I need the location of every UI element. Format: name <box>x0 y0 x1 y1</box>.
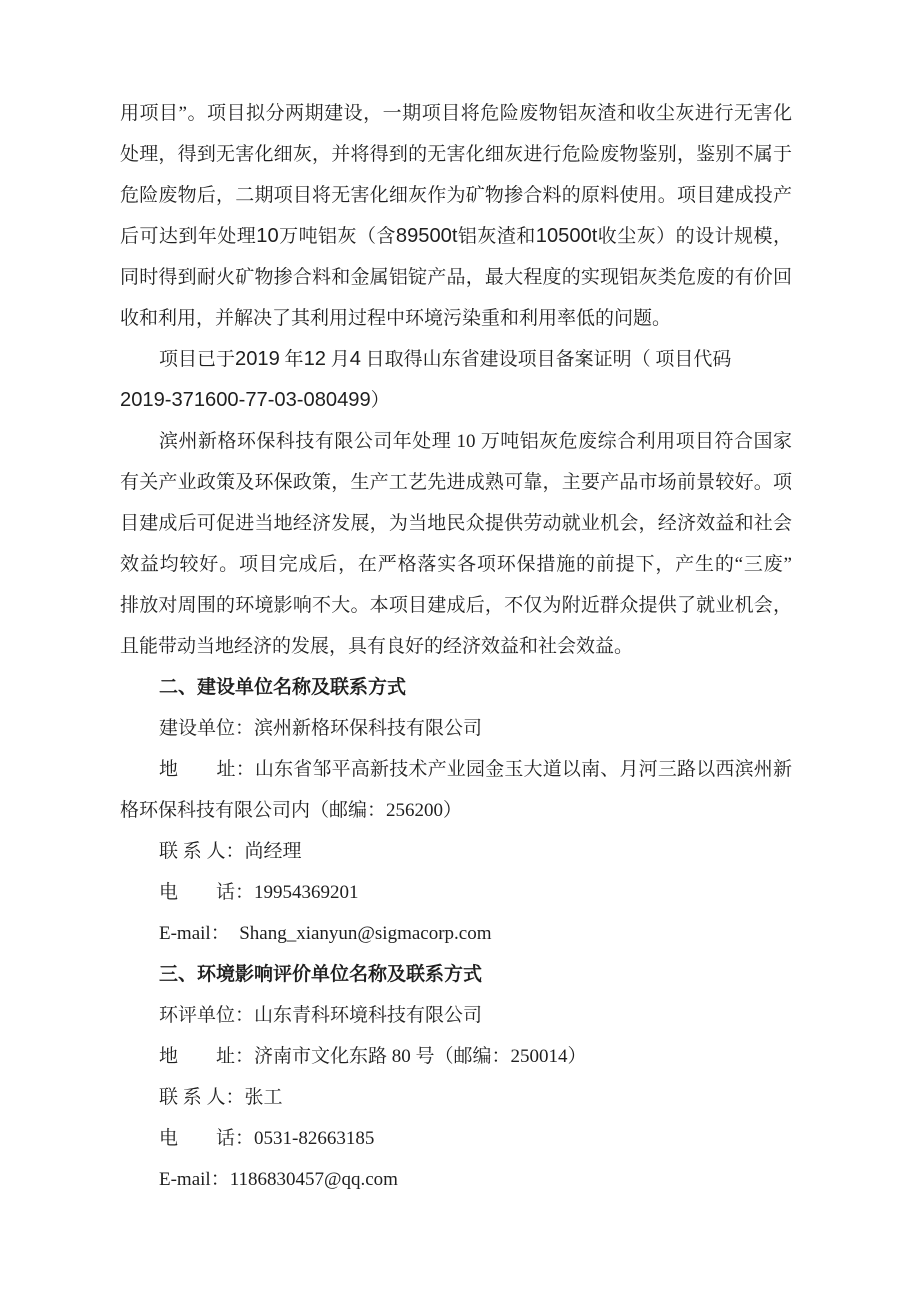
cjk-text: 铝灰渣和 <box>457 226 535 247</box>
document-page: 用项目”。项目拟分两期建设，一期项目将危险废物铝灰渣和收尘灰进行无害化处理，得到… <box>0 0 900 1305</box>
cjk-text: 效益均较好。项目完成后，在严格落实各项环保措施的前提下，产生的“三废” <box>120 554 792 575</box>
document-body: 用项目”。项目拟分两期建设，一期项目将危险废物铝灰渣和收尘灰进行无害化处理，得到… <box>120 93 792 1200</box>
text-line: 处理，得到无害化细灰，并将得到的无害化细灰进行危险废物鉴别，鉴别不属于 <box>120 134 792 175</box>
text-line: 项目已于2019 年12 月4 日取得山东省建设项目备案证明（ 项目代码 <box>120 339 792 380</box>
text-line: 地 址：山东省邹平高新技术产业园金玉大道以南、月河三路以西滨州新 <box>120 749 792 790</box>
cjk-text: 联 系 人：张工 <box>159 1087 283 1108</box>
numeric-text: 89500t <box>396 225 458 247</box>
cjk-text: 万吨铝灰（含 <box>279 226 396 247</box>
cjk-text: 同时得到耐火矿物掺合料和金属铝锭产品，最大程度的实现铝灰类危废的有价回 <box>120 267 792 288</box>
cjk-text: 地 址：济南市文化东路 80 号（邮编：250014） <box>159 1046 587 1067</box>
cjk-text: 且能带动当地经济的发展，具有良好的经济效益和社会效益。 <box>120 636 633 657</box>
cjk-text: 后可达到年处理 <box>120 226 256 247</box>
text-line: 联 系 人：尚经理 <box>120 831 792 872</box>
text-line: 效益均较好。项目完成后，在严格落实各项环保措施的前提下，产生的“三废” <box>120 544 792 585</box>
text-line: 2019-371600-77-03-080499） <box>120 380 792 421</box>
text-line: 格环保科技有限公司内（邮编：256200） <box>120 790 792 831</box>
text-line: 排放对周围的环境影响不大。本项目建成后，不仅为附近群众提供了就业机会， <box>120 585 792 626</box>
cjk-text: 年 <box>280 349 304 370</box>
cjk-text: 收和利用，并解决了其利用过程中环境污染重和利用率低的问题。 <box>120 308 671 329</box>
text-line: 收和利用，并解决了其利用过程中环境污染重和利用率低的问题。 <box>120 298 792 339</box>
text-line: 目建成后可促进当地经济发展，为当地民众提供劳动就业机会，经济效益和社会 <box>120 503 792 544</box>
cjk-text: 电 话：19954369201 <box>159 882 359 903</box>
text-line: 地 址：济南市文化东路 80 号（邮编：250014） <box>120 1036 792 1077</box>
text-line: 同时得到耐火矿物掺合料和金属铝锭产品，最大程度的实现铝灰类危废的有价回 <box>120 257 792 298</box>
numeric-text: 10 <box>256 225 278 247</box>
cjk-text: 二、建设单位名称及联系方式 <box>159 677 406 698</box>
numeric-text: 2019-371600-77-03-080499 <box>120 389 371 411</box>
text-line: 有关产业政策及环保政策，生产工艺先进成熟可靠，主要产品市场前景较好。项 <box>120 462 792 503</box>
cjk-text: 收尘灰）的设计规模， <box>597 226 792 247</box>
cjk-text: 排放对周围的环境影响不大。本项目建成后，不仅为附近群众提供了就业机会， <box>120 595 792 616</box>
cjk-text: 联 系 人：尚经理 <box>159 841 302 862</box>
text-line: 后可达到年处理10万吨铝灰（含89500t铝灰渣和10500t收尘灰）的设计规模… <box>120 216 792 257</box>
cjk-text: 三、环境影响评价单位名称及联系方式 <box>159 964 482 985</box>
cjk-text: 处理，得到无害化细灰，并将得到的无害化细灰进行危险废物鉴别，鉴别不属于 <box>120 144 792 165</box>
cjk-text: 电 话：0531-82663185 <box>159 1128 374 1149</box>
text-line: 电 话：0531-82663185 <box>120 1118 792 1159</box>
cjk-text: 目建成后可促进当地经济发展，为当地民众提供劳动就业机会，经济效益和社会 <box>120 513 792 534</box>
cjk-text: E-mail：1186830457@qq.com <box>159 1169 398 1190</box>
text-line: 联 系 人：张工 <box>120 1077 792 1118</box>
cjk-text: 危险废物后，二期项目将无害化细灰作为矿物掺合料的原料使用。项目建成投产 <box>120 185 792 206</box>
text-line: 电 话：19954369201 <box>120 872 792 913</box>
cjk-text: 格环保科技有限公司内（邮编：256200） <box>120 800 462 821</box>
numeric-text: 12 <box>304 348 326 370</box>
cjk-text: E-mail： Shang_xianyun@sigmacorp.com <box>159 923 492 944</box>
text-line: 建设单位：滨州新格环保科技有限公司 <box>120 708 792 749</box>
cjk-text: 滨州新格环保科技有限公司年处理 10 万吨铝灰危废综合利用项目符合国家 <box>159 431 792 452</box>
cjk-text: ） <box>371 390 390 411</box>
cjk-text: 地 址：山东省邹平高新技术产业园金玉大道以南、月河三路以西滨州新 <box>159 759 792 780</box>
numeric-text: 4 <box>350 348 361 370</box>
numeric-text: 10500t <box>536 225 598 247</box>
text-line: E-mail：1186830457@qq.com <box>120 1159 792 1200</box>
cjk-text: 月 <box>326 349 350 370</box>
numeric-text: 2019 <box>235 348 280 370</box>
cjk-text: 日取得山东省建设项目备案证明（ 项目代码 <box>361 349 732 370</box>
cjk-text: 有关产业政策及环保政策，生产工艺先进成熟可靠，主要产品市场前景较好。项 <box>120 472 792 493</box>
text-line: 环评单位：山东青科环境科技有限公司 <box>120 995 792 1036</box>
cjk-text: 项目已于 <box>159 349 235 370</box>
section-heading-eia-unit: 三、环境影响评价单位名称及联系方式 <box>120 954 792 995</box>
text-line: 用项目”。项目拟分两期建设，一期项目将危险废物铝灰渣和收尘灰进行无害化 <box>120 93 792 134</box>
cjk-text: 环评单位：山东青科环境科技有限公司 <box>159 1005 482 1026</box>
text-line: 且能带动当地经济的发展，具有良好的经济效益和社会效益。 <box>120 626 792 667</box>
cjk-text: 用项目”。项目拟分两期建设，一期项目将危险废物铝灰渣和收尘灰进行无害化 <box>120 103 792 124</box>
text-line: 危险废物后，二期项目将无害化细灰作为矿物掺合料的原料使用。项目建成投产 <box>120 175 792 216</box>
text-line: E-mail： Shang_xianyun@sigmacorp.com <box>120 913 792 954</box>
section-heading-construction-unit: 二、建设单位名称及联系方式 <box>120 667 792 708</box>
cjk-text: 建设单位：滨州新格环保科技有限公司 <box>159 718 482 739</box>
text-line: 滨州新格环保科技有限公司年处理 10 万吨铝灰危废综合利用项目符合国家 <box>120 421 792 462</box>
